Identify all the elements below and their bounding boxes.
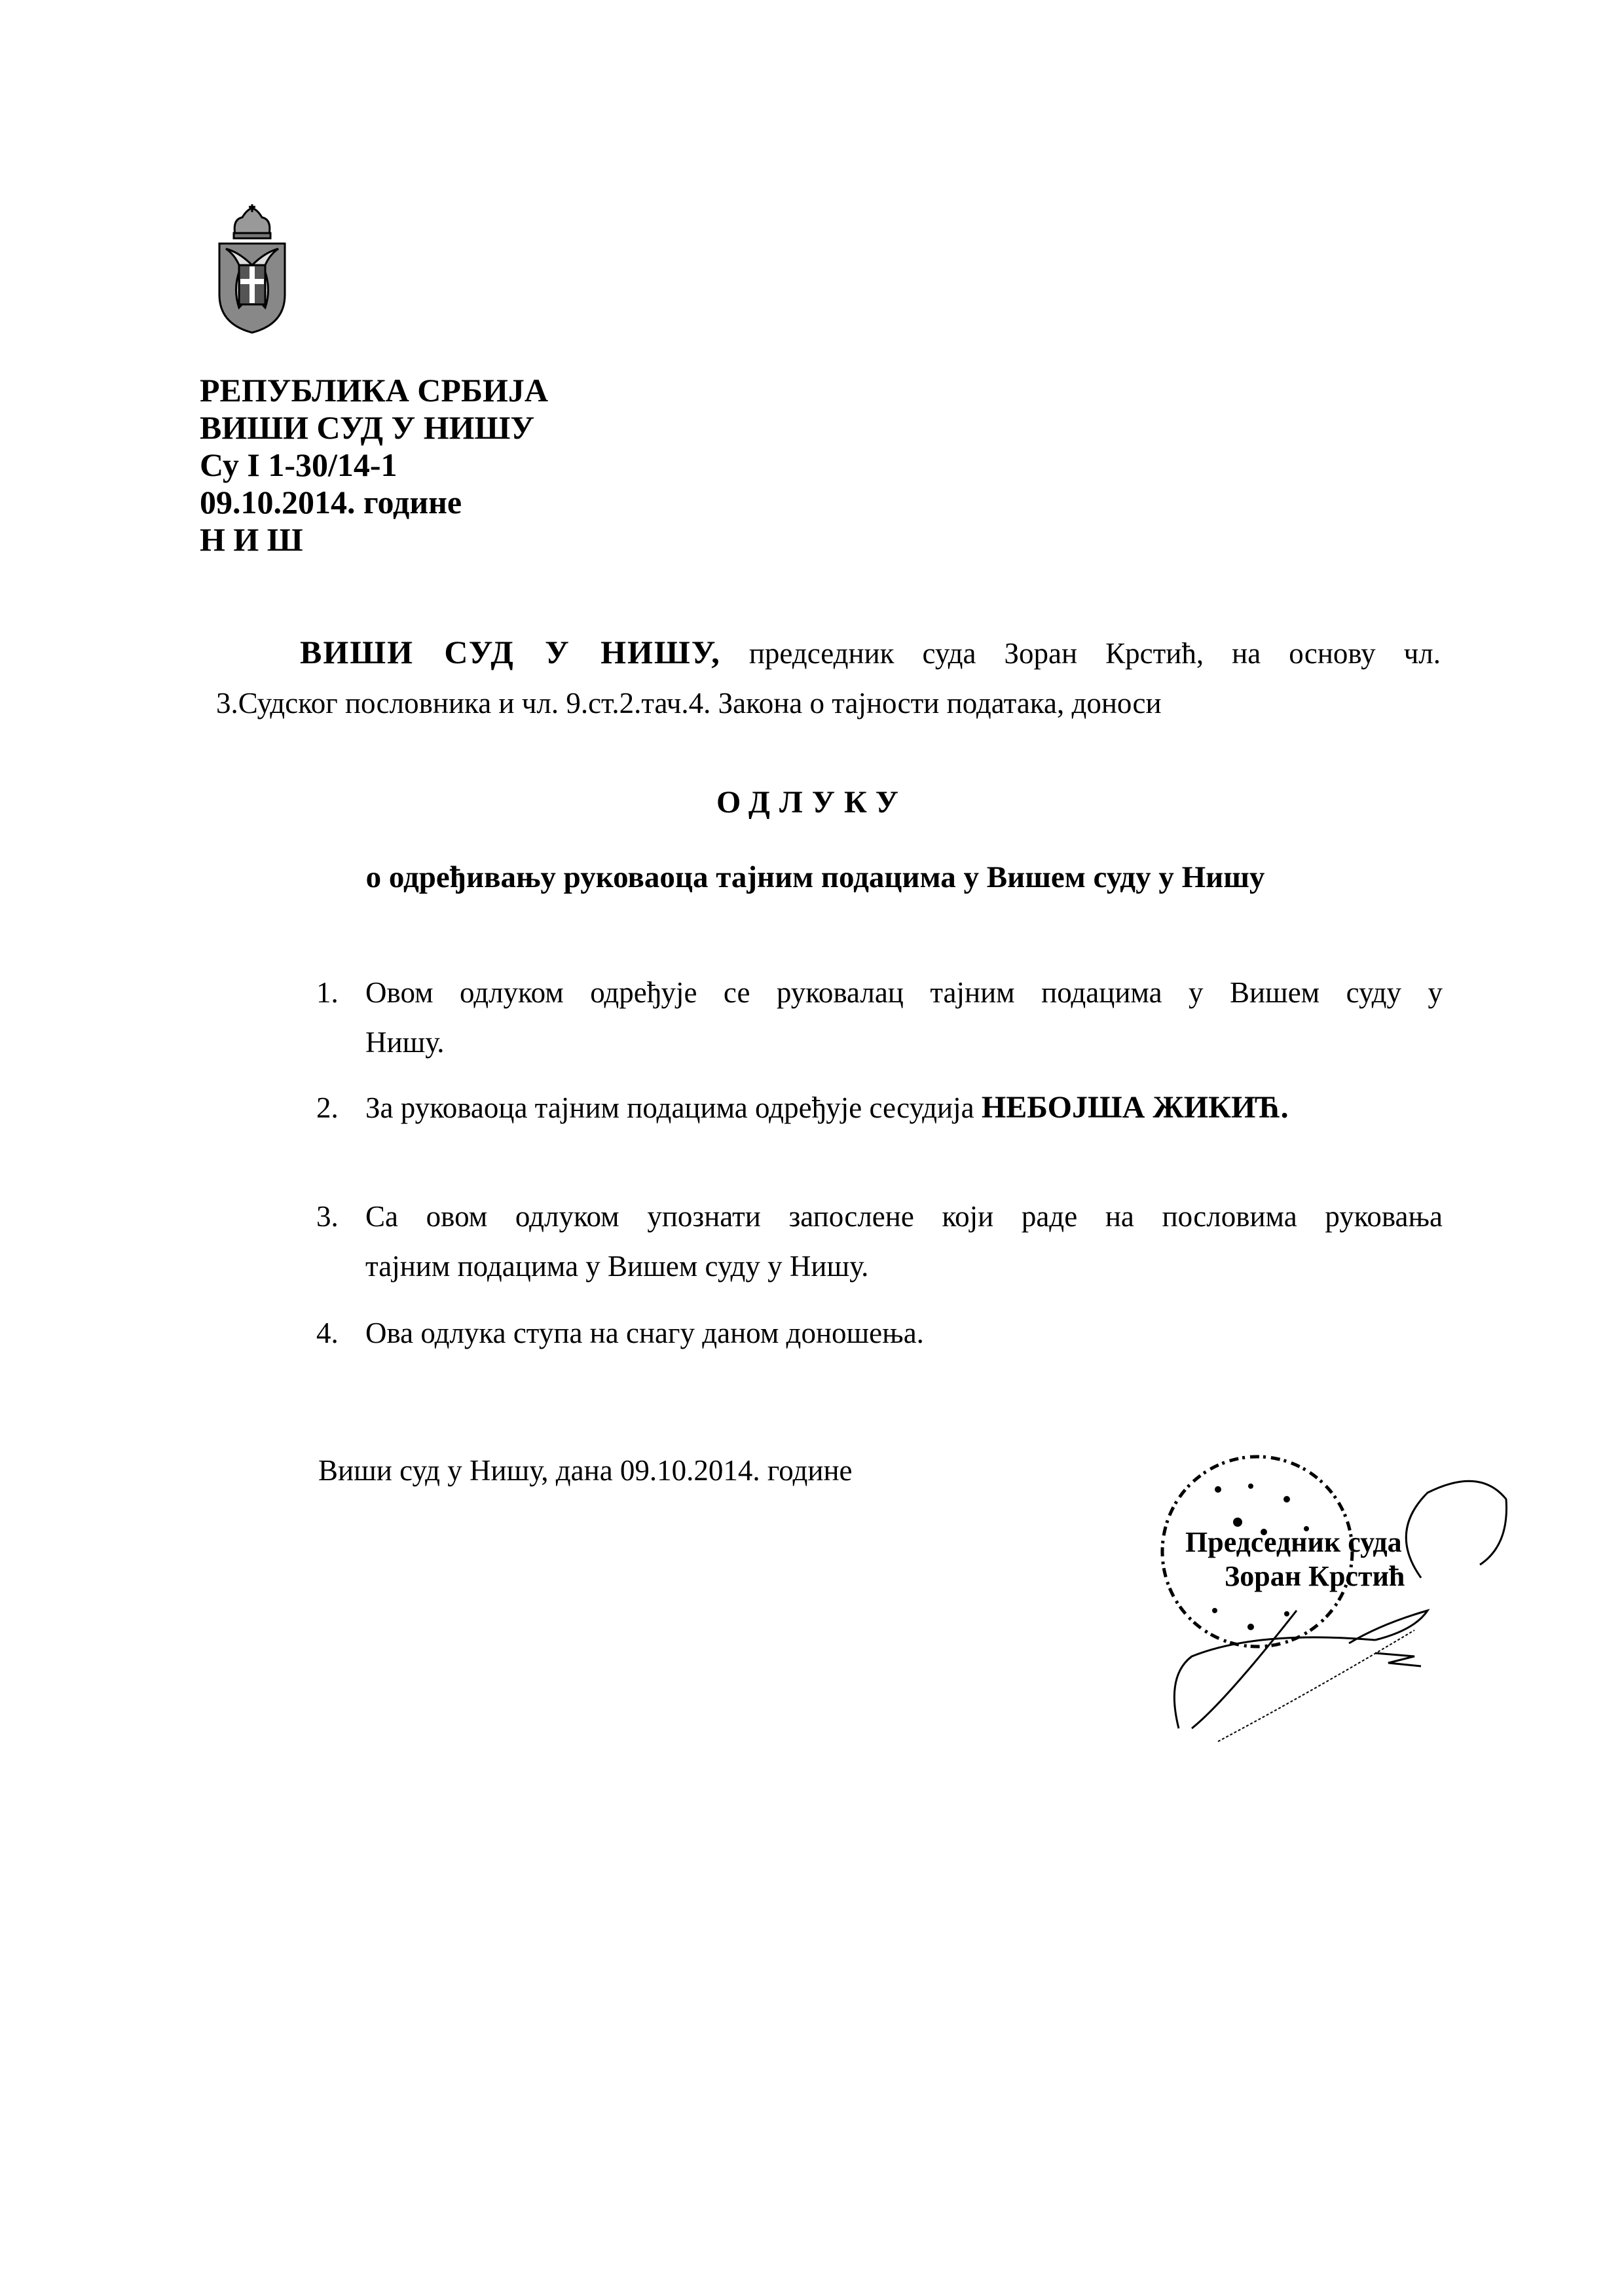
decision-title: ОДЛУКУ	[0, 784, 1624, 820]
signature-name: Зоран Крстић	[1225, 1559, 1405, 1593]
intro-line-2: 3.Судског пословника и чл. 9.ст.2.тач.4.…	[216, 678, 1441, 728]
header-city: Н И Ш	[200, 521, 548, 558]
list-item: 4. Ова одлука ступа на снагу даном донош…	[316, 1308, 1443, 1358]
signature-title: Председник суда	[1185, 1525, 1402, 1559]
signature-block: Председник суда Зоран Крстић	[1153, 1414, 1559, 1781]
list-item-text-line: тајним подацима у Вишем суду у Нишу.	[365, 1241, 1443, 1291]
list-item-text-line: Ова одлука ступа на снагу даном доношења…	[365, 1308, 1443, 1358]
list-item-text-line: За руковаоца тајним подацима одређује се…	[365, 1083, 1443, 1133]
intro-line-1: ВИШИ СУД У НИШУ, председник суда Зоран К…	[216, 627, 1441, 678]
header-date: 09.10.2014. године	[200, 484, 548, 521]
list-item-text-line: Овом одлуком одређује се руковалац тајни…	[365, 968, 1443, 1017]
header-court: ВИШИ СУД У НИШУ	[200, 409, 548, 446]
list-item: 1. Овом одлуком одређује се руковалац та…	[316, 968, 1443, 1067]
list-item-number: 1.	[316, 968, 339, 1017]
list-item: 3. Са овом одлуком упознати запослене ко…	[316, 1192, 1443, 1291]
list-item-text-line: Нишу.	[365, 1017, 1443, 1067]
intro-line-1-text: председник суда Зоран Крстић, на основу …	[749, 637, 1441, 670]
intro-paragraph: ВИШИ СУД У НИШУ, председник суда Зоран К…	[216, 627, 1441, 728]
header-case-number: Су I 1-30/14-1	[200, 446, 548, 484]
stamp-seal-icon	[1153, 1414, 1559, 1781]
intro-court-name: ВИШИ СУД У НИШУ,	[300, 634, 721, 670]
list-item: 2. За руковаоца тајним подацима одређује…	[316, 1083, 1443, 1133]
closing-place-date: Виши суд у Нишу, дана 09.10.2014. године	[318, 1453, 853, 1487]
document-header: РЕПУБЛИКА СРБИЈА ВИШИ СУД У НИШУ Су I 1-…	[200, 372, 548, 558]
list-item-number: 4.	[316, 1308, 339, 1358]
coat-of-arms-icon	[213, 203, 291, 334]
appointed-person-name: НЕБОЈША ЖИКИЋ.	[982, 1090, 1289, 1125]
list-item-number: 3.	[316, 1192, 339, 1241]
decision-subtitle: о одређивању руковаоца тајним подацима у…	[0, 860, 1624, 895]
list-item-text: За руковаоца тајним подацима одређује се…	[365, 1091, 974, 1124]
header-country: РЕПУБЛИКА СРБИЈА	[200, 372, 548, 409]
list-item-number: 2.	[316, 1083, 339, 1133]
list-item-text-line: Са овом одлуком упознати запослене који …	[365, 1192, 1443, 1241]
